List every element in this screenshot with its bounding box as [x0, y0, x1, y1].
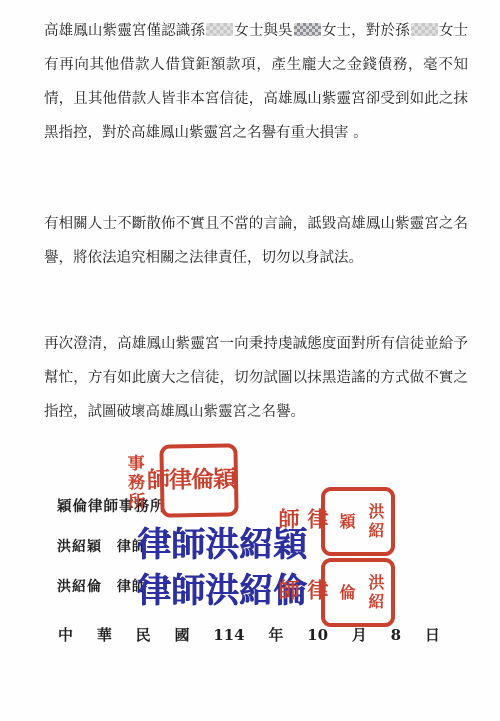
date-token-day: 日	[425, 624, 440, 645]
redacted-name-1	[206, 23, 233, 36]
lawyer-2-seal-column-2: 律師	[274, 564, 332, 621]
law-firm-seal: 穎倫 律師 事務所	[159, 443, 238, 517]
firm-seal-column-2: 律師	[144, 450, 189, 512]
paragraph-2: 有相關人士不斷散佈不實且不當的言論，詆毀高雄鳳山紫靈宮之名譽，將依法追究相關之法…	[44, 207, 468, 275]
lawyer-2-seal-column-1: 洪紹倫	[332, 564, 390, 621]
date-year-value: 114	[213, 626, 244, 644]
paragraph-3: 再次澄清，高雄鳳山紫靈宮一向秉持虔誠態度面對所有信徒並給予幫忙，方有如此廣大之信…	[44, 327, 468, 429]
lawyer-2-seal: 洪紹倫 律師	[321, 558, 395, 627]
date-day-value: 8	[391, 626, 401, 644]
date-token-year: 年	[268, 624, 283, 645]
date-token-min: 民	[136, 624, 151, 645]
paragraph-1-segment-3: 女士有再向其他借款人借貸鉅額款項，產生龐大之金錢債務，毫不知情，且其他借款人皆非…	[44, 23, 468, 141]
date-line: 中 華 民 國 114 年 10 月 8 日	[58, 624, 440, 645]
paragraph-1-segment-0: 高雄鳳山紫靈宮僅認識孫	[44, 23, 205, 39]
paragraph-1-segment-1: 女士與吳	[234, 23, 293, 39]
lawyer-1-name: 洪紹穎	[57, 539, 102, 555]
paragraph-1: 高雄鳳山紫靈宮僅認識孫女士與吳女士，對於孫女士有再向其他借款人借貸鉅額款項，產生…	[44, 14, 468, 150]
date-month-value: 10	[307, 626, 328, 644]
lawyer-1-seal-column-2: 律師	[274, 493, 332, 550]
date-token-hua: 華	[97, 624, 112, 645]
firm-seal-column-3: 事務所	[122, 451, 145, 512]
date-token-month: 月	[352, 624, 367, 645]
lawyer-2-name-row: 洪紹倫 律師	[57, 576, 147, 596]
redacted-name-3	[411, 23, 438, 36]
lawyer-1-seal-column-1: 洪紹穎	[332, 493, 390, 550]
legal-statement-document: 高雄鳳山紫靈宮僅認識孫女士與吳女士，對於孫女士有再向其他借款人借貸鉅額款項，產生…	[0, 0, 500, 721]
firm-seal-column-1: 穎倫	[188, 449, 233, 511]
date-token-guo: 國	[174, 624, 189, 645]
lawyer-1-name-row: 洪紹穎 律師	[57, 536, 147, 556]
lawyer-2-name: 洪紹倫	[57, 579, 102, 595]
lawyer-1-seal: 洪紹穎 律師	[321, 487, 395, 556]
date-token-zhong: 中	[58, 624, 73, 645]
paragraph-1-segment-2: 女士，對於孫	[322, 23, 410, 39]
redacted-name-2	[294, 23, 321, 36]
